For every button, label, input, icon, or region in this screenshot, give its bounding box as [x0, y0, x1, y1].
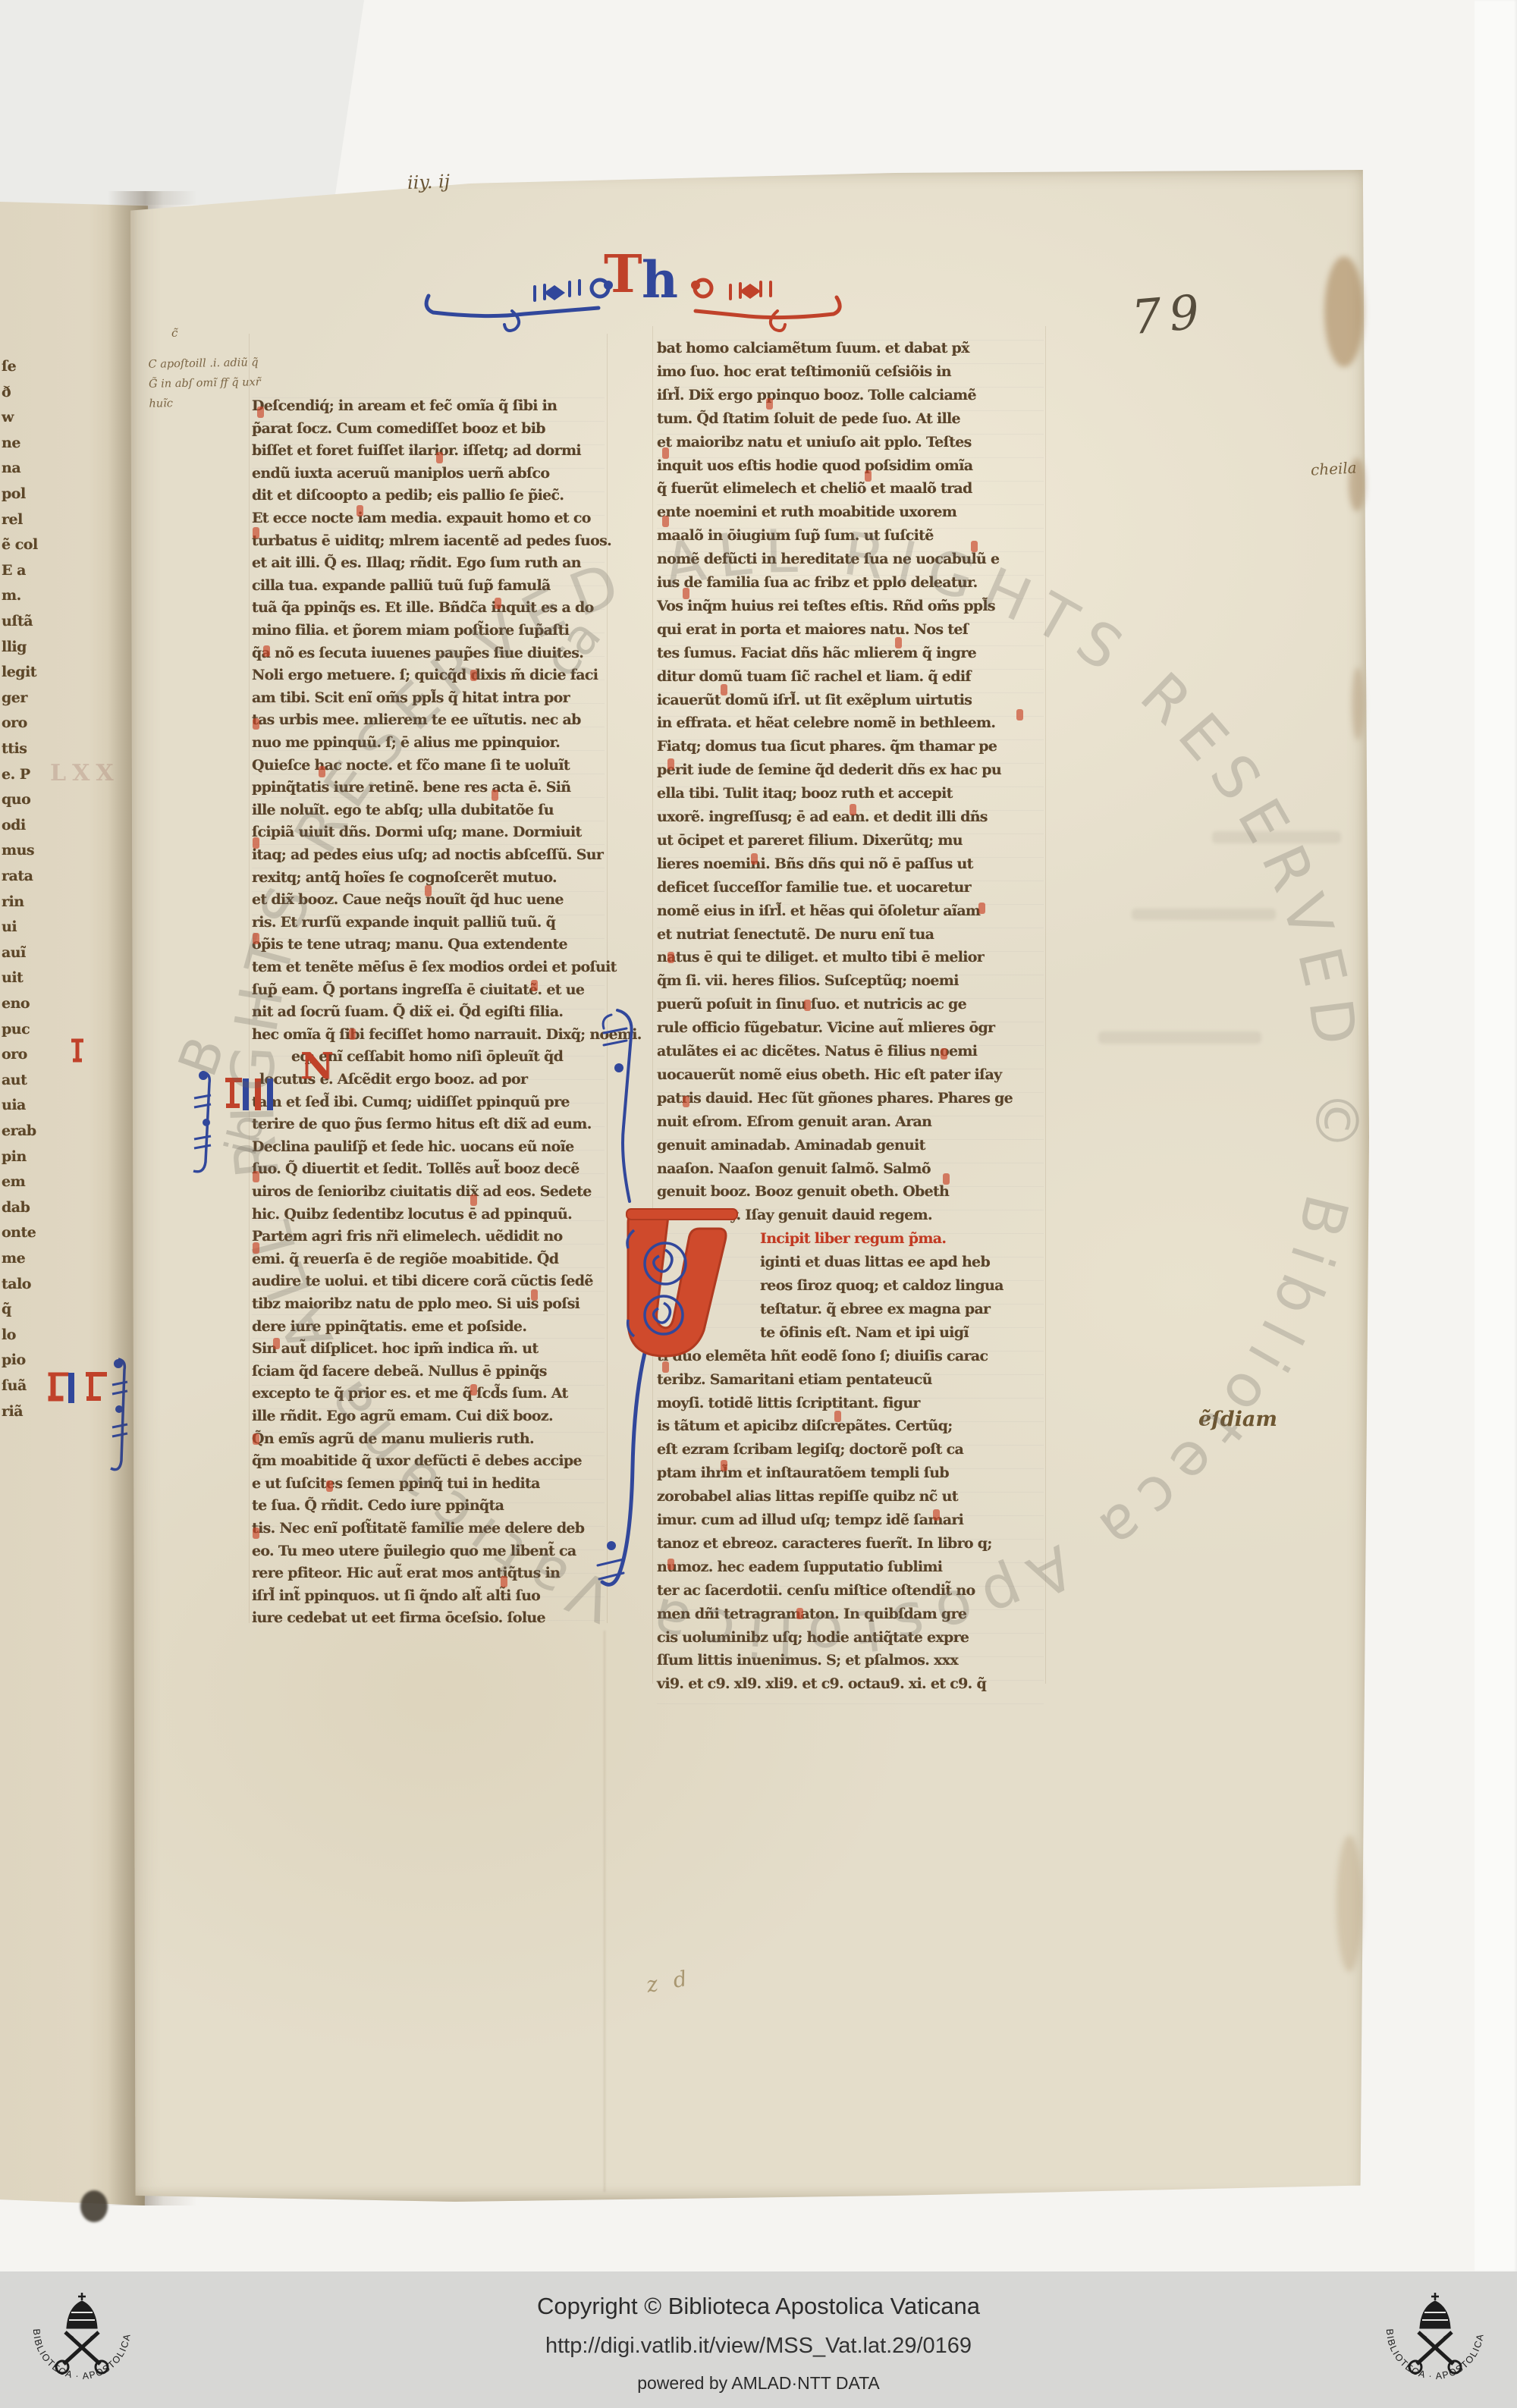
text-line: in effrata. et hẽat celebre nomẽ in be…	[657, 714, 995, 731]
rubricated-touch	[662, 447, 669, 459]
scan-backdrop-card	[0, 0, 379, 205]
text-line: em	[2, 1173, 25, 1190]
rubricated-touch	[667, 1559, 674, 1570]
text-line: dab	[2, 1199, 30, 1216]
text-line: tes ſumus. Faciat dñs hãc mlierem q̃ i…	[657, 645, 976, 661]
rubricated-touch	[531, 980, 538, 991]
text-line: rere pfiteor. Hic aut̃ erat mos antiq̃tu…	[252, 1565, 560, 1581]
text-column-left: Deſcendiq́; in aream et fec̃ omĩa q̃ ſi…	[252, 397, 605, 1641]
text-line: pol	[2, 485, 26, 502]
rubricated-touch	[273, 1338, 280, 1349]
rubricated-touch	[895, 637, 902, 648]
text-line: ſe	[2, 358, 16, 375]
text-line: et maioribz natu et uniuſo ait pplo. Teſ…	[657, 434, 972, 451]
text-line: ppinq̃tatis iure retinẽ. bene res acta …	[252, 779, 570, 796]
text-line: biſſet et foret fuiſſet ilarior. iſſetq;…	[252, 442, 581, 459]
text-line: ſciam q̃d facere debeã. Nullus ē ppinq…	[252, 1363, 547, 1380]
rubricated-touch	[683, 588, 689, 599]
marginal-note-cheila: cheila	[1310, 458, 1357, 479]
text-line: ut ōcipet et pareret filium. Dixerũtq;…	[657, 832, 963, 849]
rubricated-touch	[356, 505, 363, 516]
edge-stain	[1336, 1835, 1362, 1972]
text-line: et ait illi. Q̃ es. Illaq; rñdit. Ego ſ…	[252, 554, 581, 571]
text-line: E a	[2, 562, 26, 579]
text-line: odi	[2, 817, 26, 834]
text-line: Partem agri fris nr̃i elimelech. uẽdidi…	[252, 1228, 563, 1245]
text-line: tam et ſed̃ ibi. Cumq; uidiſſet ppinquũ…	[252, 1094, 570, 1110]
show-through-smudge	[1212, 831, 1341, 843]
text-line: uſtã	[2, 613, 33, 629]
rubricated-touch	[501, 1576, 507, 1587]
text-line: rin	[2, 893, 24, 910]
text-line: lieres noemini. Bñs dñs qui nõ ē paſ…	[657, 856, 973, 872]
text-line: te ſua. Q̃ rñdit. Cedo iure ppinq̃ta	[252, 1497, 504, 1514]
logo-ring-text: BIBLIOTECA · APOSTOLICA · VATICANA	[1374, 2278, 1486, 2381]
decorated-initial-v	[589, 1003, 763, 1609]
rubricated-touch	[470, 1384, 477, 1396]
footer-url: http://digi.vatlib.it/view/MSS_Vat.lat.2…	[0, 2334, 1517, 2359]
text-line: puc	[2, 1021, 30, 1038]
rubricated-touch	[943, 1173, 950, 1185]
text-line: cilla tua. expande palliũ tuũ ſup̃ fam…	[252, 577, 551, 594]
manuscript-scan-page: ſeðwnenapolrelẽ colE am.uſtãlliglegitg…	[0, 0, 1517, 2408]
rubricated-touch	[721, 1460, 727, 1471]
text-line: iſrl̃. Dix̃ ergo ppinquo booz. Tolle cal…	[657, 387, 976, 403]
rubricated-touch	[263, 645, 270, 657]
strip-red-paraph	[67, 1038, 90, 1065]
rubricated-touch	[971, 541, 978, 552]
text-line: am tibi. Scit enĩ om̃s ppl̃s q̃ hitat i…	[252, 689, 570, 706]
text-line: p̃arat ſocz. Cum comediſſet booz et bib	[252, 420, 545, 437]
chapter-initial-n: N	[300, 1045, 334, 1088]
rubricated-touch	[531, 1289, 538, 1301]
show-through-smudge	[1132, 909, 1276, 920]
text-line: perit iude de ſemine q̃d dederit dñs ex…	[657, 761, 1001, 778]
folio-number: 79	[1129, 284, 1209, 345]
text-line: ris. Et rurſũ expande inquit palliũ tu…	[252, 914, 555, 931]
text-line: Declina pauliſp̃ et ſede hic. uocans eũ…	[252, 1138, 574, 1155]
text-line: uxorẽ. ingreſſusq; ē ad eam. et dedit …	[657, 808, 988, 825]
chapter-numeral-margin	[225, 1075, 293, 1110]
scan-backdrop-seam	[1475, 0, 1517, 2271]
text-line: excepto te q̃ prior es. et me q̃ ſcd̃s ſ…	[252, 1385, 568, 1402]
text-line: llig	[2, 639, 27, 655]
text-line: turbatus ē uiditq; mlrem iacentẽ ad pe…	[252, 532, 611, 549]
numeral-IIII-glyph	[225, 1075, 293, 1110]
text-line: imo ſuo. hoc erat teſtimoniũ ceſsiõis …	[657, 363, 951, 380]
text-line: inquit uos eſtis hodie quod poſsidim omi…	[657, 457, 972, 474]
svg-text:BIBLIOTECA · APOSTOLICA · VATI: BIBLIOTECA · APOSTOLICA · VATICANA	[1374, 2278, 1486, 2381]
text-line: nomẽ eius in iſrl̃. et hẽas qui ōſole…	[657, 903, 980, 919]
text-line: q̃m moabitide q̃ uxor defũcti ē debes …	[252, 1452, 582, 1469]
text-line: vi9. et c9. xl9. xli9. et c9. octau9. xi…	[657, 1675, 986, 1692]
text-line: qui erat in porta et maiores natu. Nos t…	[657, 621, 968, 638]
text-line: eo. Tu meo utere p̃uilegio quo me libent…	[252, 1543, 576, 1559]
gloss-tick: c̃	[171, 326, 177, 340]
rubricated-touch	[766, 398, 773, 410]
bav-logo-right: BIBLIOTECA · APOSTOLICA · VATICANA	[1374, 2278, 1496, 2402]
rubricated-touch	[941, 1048, 947, 1060]
text-line: ttis	[2, 740, 27, 757]
svg-text:BIBLIOTECA · APOSTOLICA · VATI: BIBLIOTECA · APOSTOLICA · VATICANA	[21, 2278, 133, 2381]
rubricated-touch	[667, 952, 674, 963]
footer-powered-by: powered by AMLAD·NTT DATA	[0, 2373, 1517, 2394]
text-line: et nutriat ſenectutẽ. De nuru enĩ tua	[657, 926, 934, 943]
show-through-smudge	[1098, 1031, 1261, 1044]
text-line: ente noemini et ruth moabitide uxorem	[657, 504, 956, 520]
text-line: tuã q̃a ppinq̃s es. Et ille. Bñdc̃a in…	[252, 599, 594, 616]
text-line: et dix̃ booz. Caue neq̃s nouĩt q̃d huc …	[252, 891, 564, 908]
column-rule	[249, 334, 250, 1623]
text-line: aut	[2, 1072, 27, 1088]
text-line: tem et tenẽte mēſus ē ſex modios orde…	[252, 959, 617, 975]
text-line: ne	[2, 435, 20, 451]
rubricated-touch	[349, 1028, 356, 1040]
rubricated-touch	[253, 1242, 259, 1254]
text-line: Quieſce hac nocte. et fc̃o mane ſi te uo…	[252, 757, 570, 774]
rubricated-touch	[253, 527, 259, 538]
text-line: terire de quo p̃us ſermo hitus eſt dix̃ …	[252, 1116, 592, 1132]
logo-ring-text: BIBLIOTECA · APOSTOLICA · VATICANA	[21, 2278, 133, 2381]
rubricated-touch	[662, 1361, 669, 1373]
lower-crease	[604, 1631, 605, 2192]
text-line: locutus ē. Aſcẽdit ergo booz. ad por	[252, 1071, 527, 1088]
rubricated-touch	[253, 1527, 259, 1539]
text-line: ſuã	[2, 1377, 27, 1394]
rubricated-touch	[865, 470, 872, 482]
text-line: erab	[2, 1122, 36, 1139]
text-line: lo	[2, 1326, 16, 1343]
text-line: nomẽ defũcti in hereditate ſua ne uoca…	[657, 551, 999, 567]
text-line: nuo me ppinquũ. ſ; ē alius me ppinquio…	[252, 734, 560, 751]
text-line: ui	[2, 918, 17, 935]
text-line: itaq; ad pedes eius uſq; ad noctis abſce…	[252, 846, 603, 863]
text-line: q̃	[2, 1301, 11, 1317]
text-line: eno	[2, 995, 30, 1012]
text-line: talo	[2, 1276, 31, 1292]
rubricated-touch	[253, 837, 259, 849]
rubricated-touch	[253, 1433, 259, 1445]
text-line: me	[2, 1250, 25, 1267]
text-line: rata	[2, 868, 33, 884]
rubricated-touch	[751, 853, 758, 865]
rubricated-touch	[326, 1480, 333, 1492]
text-line: ditur domũ tuam ſic̃ rachel et liam. q̃…	[657, 668, 971, 685]
text-line: iſrl̃ int̃ ppinquos. ut ſi q̃ndo alt̃ al…	[252, 1587, 540, 1604]
text-line: tas urbis mee. mlierem te ee uĩtutis. n…	[252, 711, 581, 728]
text-line: quo	[2, 791, 30, 808]
rubricated-touch	[425, 885, 432, 896]
text-line: w	[2, 409, 14, 425]
text-line: ille noluĩt. ego te abſq; ulla dubitato…	[252, 802, 554, 818]
gloss-line: C apoſtoill .i. adiũ q̃	[148, 352, 300, 374]
text-line: legit	[2, 664, 36, 680]
text-line: ſuo. Q̃ diuertit et ſedit. Tollẽs aut̃ …	[252, 1160, 579, 1177]
running-title-letter-t: T	[604, 244, 642, 305]
text-line: Vos inq̃m huius rei teſtes eſtis. Rñd o…	[657, 598, 995, 614]
top-inscription: iiy. ij	[407, 171, 451, 193]
text-line: audire te uolui. et tibi dicere corã cu…	[252, 1273, 593, 1289]
text-line: Sin aut̃ diſplicet. hoc ipm̃ indica m̃. …	[252, 1340, 539, 1357]
text-line: na	[2, 460, 20, 476]
text-line: endũ iuxta aceruũ maniplos uerñ abſco	[252, 465, 549, 482]
text-line: riã	[2, 1403, 23, 1420]
text-line: ſcipiã uiuit dñs. Dormi uſq; mane. Dor…	[252, 824, 582, 840]
rubricated-touch	[978, 903, 985, 914]
text-line: rexitq; antq̃ hoĩes ſe cognoſcerẽt mut…	[252, 869, 557, 886]
rubricated-touch	[253, 1171, 259, 1182]
text-line: oro	[2, 1046, 27, 1063]
rubricated-touch	[796, 1608, 803, 1619]
gloss-line: G̃ in abſ omĩ ff q̃ uxr̃	[149, 372, 300, 394]
text-line: deficet ſucceſſor familie tue. et uocare…	[657, 879, 971, 896]
footer-copyright: Copyright © Biblioteca Apostolica Vatica…	[0, 2293, 1517, 2320]
rubricated-touch	[1016, 709, 1023, 721]
text-line: op̃is te tene utraq; manu. Qua extendent…	[252, 936, 567, 953]
text-line: tum. Q̃d ſtatim ſoluit de pede ſuo. At i…	[657, 410, 960, 427]
text-line: Et ecce nocte iam media. expauit homo et…	[252, 510, 591, 526]
text-line: e ut ſuſcites ſemen ppinq̃ tui in hedita	[252, 1475, 540, 1492]
text-line: onte	[2, 1224, 36, 1241]
text-line: mus	[2, 842, 34, 859]
text-line: auĩ	[2, 944, 26, 961]
text-line: ð	[2, 384, 11, 400]
text-line: dit et diſcoopto a pedib; eis pallio ſe …	[252, 487, 564, 504]
text-line: ille rñdit. Ego agrũ emam. Cui dix̃ bo…	[252, 1408, 553, 1424]
previous-folio-text-fragments: ſeðwnenapolrelẽ colE am.uſtãlliglegitg…	[2, 358, 71, 1647]
text-line: natus ē qui te diliget. et multo tibi e…	[657, 949, 984, 965]
bav-emblem	[56, 2293, 108, 2373]
corner-blot	[80, 2190, 108, 2222]
text-line: maalõ in ōiugium ſup̃ ſum. ut ſuſcitẽ	[657, 527, 934, 544]
rubricated-touch	[721, 684, 727, 695]
rubricated-touch	[253, 718, 259, 730]
text-line: m.	[2, 587, 21, 604]
text-line: hic. Quibz ſedentibz locutus ē ad ppinq…	[252, 1206, 572, 1223]
text-line: tis. Nec enĩ poſt̃itatẽ familie mee de…	[252, 1520, 584, 1537]
text-line: uiros de ſenioribz ciuitatis dix̃ ad eos…	[252, 1183, 592, 1200]
footer-bar: Copyright © Biblioteca Apostolica Vatica…	[0, 2271, 1517, 2408]
text-line: pio	[2, 1352, 26, 1368]
marginal-note-esdiam: ẽſdiam	[1198, 1408, 1277, 1431]
rubricated-touch	[933, 1509, 940, 1521]
text-line: iure cedebat ut eet firma ōceſsio. ſolu…	[252, 1609, 545, 1626]
text-line: q̃m ſi. vii. heres filios. Suſceptũq; n…	[657, 972, 959, 989]
rubricated-touch	[683, 1096, 689, 1107]
text-line: ẽ col	[2, 536, 38, 553]
text-line: ſſum littis inuenimus. S; et pſalmos. xx…	[657, 1652, 958, 1669]
text-line: q̃ fuerũt elimelech et cheliõ et maalo…	[657, 480, 972, 497]
text-line: Fiatq; domus tua ſicut phares. q̃m thama…	[657, 738, 997, 755]
text-line: mino filia. et p̃orem miam poſt̃iore ſup…	[252, 622, 569, 639]
text-line: ius de familia ſua ac fribz et pplo dele…	[657, 574, 978, 591]
text-line: nit ad ſocrũ ſuam. Q̃ dix̃ ei. Q̃d egiſ…	[252, 1003, 563, 1020]
edge-stain	[1352, 667, 1364, 740]
rubricated-touch	[662, 516, 669, 527]
text-line: dere iure ppinq̃tatis. eme et poſside.	[252, 1318, 526, 1335]
text-line: hec omĩa q̃ ſibi feciſſet homo narrauit…	[252, 1026, 642, 1043]
text-line: Q̃n emĩs agrũ de manu mulieris ruth.	[252, 1430, 534, 1447]
text-line: cis uoluminibz uſq; hodie antiq̃tate exp…	[657, 1629, 969, 1646]
text-line: eq; enĩ ceſſabit homo niſi ōpleuĩt q̃…	[252, 1048, 563, 1065]
edge-stain	[1324, 256, 1364, 367]
rubricated-touch	[492, 790, 498, 801]
text-line: icauerũt domũ iſrl̃. ut ſit exẽplum u…	[657, 692, 972, 708]
rubricated-touch	[804, 1000, 811, 1011]
column-rule	[1045, 326, 1046, 1684]
rubricated-touch	[850, 804, 856, 815]
text-line: rel	[2, 511, 23, 528]
text-line: pin	[2, 1148, 27, 1165]
text-line: uia	[2, 1097, 26, 1113]
rubricated-touch	[495, 598, 501, 609]
text-line: emi. q̃ reuerſa ē de regiõe moabitide.…	[252, 1251, 558, 1267]
rubricated-touch	[436, 452, 443, 463]
text-line: e. P	[2, 766, 30, 783]
running-title-letter-h: h	[642, 250, 678, 309]
rubricated-touch	[667, 758, 674, 770]
rubricated-touch	[319, 766, 325, 777]
text-line: Noli ergo metuere. ſ; quicq̃d dixis m̃ d…	[252, 667, 598, 683]
text-line: Deſcendiq́; in aream et fec̃ omĩa q̃ ſi…	[252, 397, 557, 414]
text-line: bat homo calciamẽtum ſuum. et dabat px̃	[657, 340, 969, 356]
rubricated-touch	[257, 407, 264, 418]
text-line: uit	[2, 969, 23, 986]
text-line: oro	[2, 714, 27, 731]
rubricated-touch	[470, 1195, 477, 1206]
text-line: ella tibi. Tulit itaq; booz ruth et acce…	[657, 785, 953, 802]
bav-logo-left: BIBLIOTECA · APOSTOLICA · VATICANA	[21, 2278, 143, 2402]
text-line: ger	[2, 689, 27, 706]
rubricated-touch	[834, 1411, 841, 1422]
rubricated-touch	[470, 670, 477, 681]
rubricated-touch	[253, 933, 259, 944]
